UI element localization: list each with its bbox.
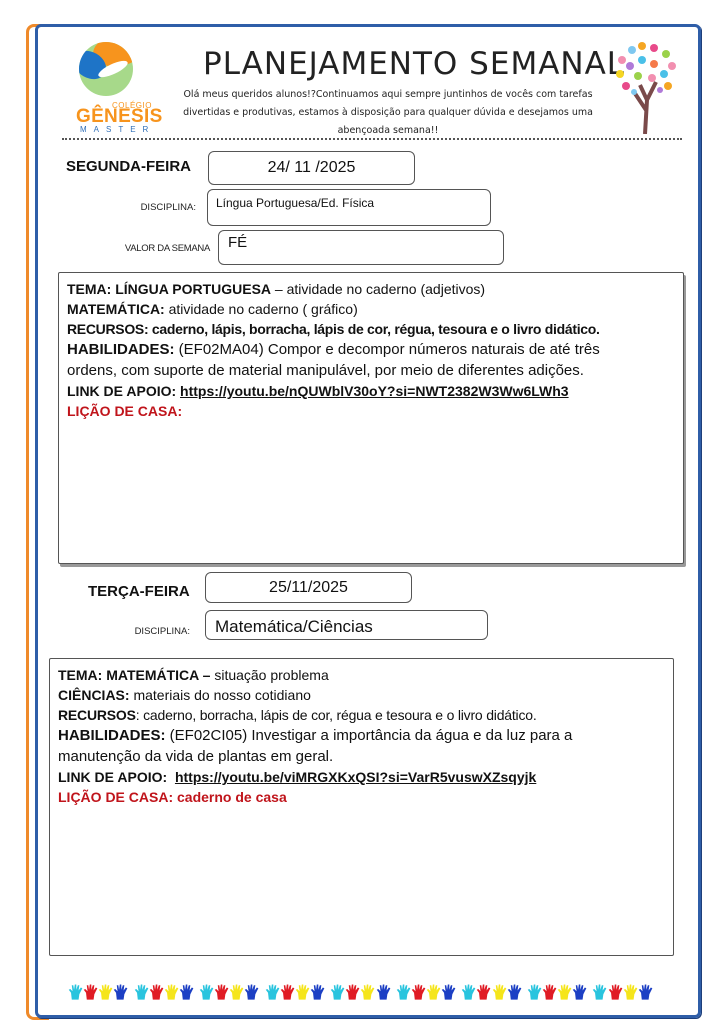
monday-content-box: TEMA: LÍNGUA PORTUGUESA – atividade no c… [58, 272, 684, 564]
tuesday-habilidades: HABILIDADES: (EF02CI05) Investigar a imp… [58, 725, 665, 746]
hand-icon [98, 982, 113, 1002]
tema-text: – atividade no caderno (adjetivos) [271, 281, 485, 297]
hand-icon [199, 982, 214, 1002]
hand-icon [411, 982, 426, 1002]
hand-icon [360, 982, 375, 1002]
hand-icon [592, 982, 607, 1002]
tuesday-date-field[interactable]: 25/11/2025 [205, 572, 412, 603]
link-label: LINK DE APOIO: [67, 383, 176, 399]
hand-icon [542, 982, 557, 1002]
tema-label: TEMA: MATEMÁTICA – [58, 667, 210, 683]
hand-icon [280, 982, 295, 1002]
hands-border-decoration [68, 982, 658, 1004]
matematica-label: MATEMÁTICA: [67, 301, 165, 317]
hand-icon [623, 982, 638, 1002]
school-logo: COLÉGIO GÊNESIS MASTER [76, 42, 154, 132]
tuesday-content-box: TEMA: MATEMÁTICA – situação problema CIÊ… [49, 658, 674, 956]
logo-subtitle: MASTER [80, 125, 155, 134]
hand-icon [638, 982, 653, 1002]
hand-icon [83, 982, 98, 1002]
hand-icon [396, 982, 411, 1002]
tuesday-ciencias: CIÊNCIAS: materiais do nosso cotidiano [58, 685, 665, 705]
monday-habilidades: HABILIDADES: (EF02MA04) Compor e decompo… [67, 339, 675, 360]
hand-icon [244, 982, 259, 1002]
habilidades-label: HABILIDADES: [67, 341, 175, 358]
hand-icon [527, 982, 542, 1002]
recursos-text: : caderno, borracha, lápis de cor, régua… [136, 707, 537, 723]
tuesday-disciplina-label: DISCIPLINA: [114, 626, 190, 637]
monday-recursos: RECURSOS: caderno, lápis, borracha, lápi… [67, 319, 675, 339]
tuesday-licao-de-casa: LIÇÃO DE CASA: caderno de casa [58, 787, 665, 807]
header-divider [62, 138, 682, 140]
intro-line: Olá meus queridos alunos!?Continuamos aq… [178, 86, 598, 104]
monday-matematica: MATEMÁTICA: atividade no caderno ( gráfi… [67, 299, 675, 319]
tuesday-habilidades-cont: manutenção da vida de plantas em geral. [58, 746, 665, 767]
tuesday-day-label: TERÇA-FEIRA [88, 583, 190, 600]
hand-icon [134, 982, 149, 1002]
hand-icon [376, 982, 391, 1002]
hand-icon [461, 982, 476, 1002]
hand-icon [330, 982, 345, 1002]
hand-icon [164, 982, 179, 1002]
hand-icon [345, 982, 360, 1002]
monday-habilidades-cont: ordens, com suporte de material manipulá… [67, 360, 675, 381]
hand-icon [476, 982, 491, 1002]
monday-disciplina-field[interactable]: Língua Portuguesa/Ed. Física [207, 189, 491, 226]
page-title: PLANEJAMENTO SEMANAL [203, 46, 625, 82]
matematica-text: atividade no caderno ( gráfico) [165, 301, 358, 317]
hand-icon [68, 982, 83, 1002]
colorful-tree-icon [612, 40, 678, 134]
hand-icon [229, 982, 244, 1002]
intro-line: divertidas e produtivas, estamos à dispo… [178, 104, 598, 122]
link-label: LINK DE APOIO: [58, 769, 167, 785]
logo-emblem-icon [79, 42, 133, 96]
monday-tema: TEMA: LÍNGUA PORTUGUESA – atividade no c… [67, 279, 675, 299]
tuesday-recursos: RECURSOS: caderno, borracha, lápis de co… [58, 705, 665, 725]
hand-icon [214, 982, 229, 1002]
hand-icon [113, 982, 128, 1002]
monday-licao-de-casa: LIÇÃO DE CASA: [67, 401, 675, 421]
hand-icon [441, 982, 456, 1002]
intro-text: Olá meus queridos alunos!?Continuamos aq… [178, 86, 598, 140]
hand-icon [310, 982, 325, 1002]
tuesday-tema: TEMA: MATEMÁTICA – situação problema [58, 665, 665, 685]
hand-icon [426, 982, 441, 1002]
monday-day-label: SEGUNDA-FEIRA [66, 158, 191, 175]
habilidades-text: (EF02CI05) Investigar a importância da á… [166, 727, 573, 744]
monday-disciplina-label: DISCIPLINA: [120, 202, 196, 213]
hand-icon [295, 982, 310, 1002]
tema-text: situação problema [210, 667, 328, 683]
recursos-label: RECURSOS [58, 707, 136, 723]
habilidades-text: (EF02MA04) Compor e decompor números nat… [175, 341, 600, 358]
ciencias-label: CIÊNCIAS: [58, 687, 130, 703]
tuesday-support-link[interactable]: https://youtu.be/viMRGXKxQSI?si=VarR5vus… [175, 769, 536, 785]
monday-link-row: LINK DE APOIO: https://youtu.be/nQUWblV3… [67, 381, 675, 401]
hand-icon [265, 982, 280, 1002]
monday-date-field[interactable]: 24/ 11 /2025 [208, 151, 415, 185]
tuesday-link-row: LINK DE APOIO: https://youtu.be/viMRGXKx… [58, 767, 665, 787]
habilidades-label: HABILIDADES: [58, 727, 166, 744]
hand-icon [179, 982, 194, 1002]
hand-icon [149, 982, 164, 1002]
tuesday-disciplina-field[interactable]: Matemática/Ciências [205, 610, 488, 640]
tema-label: TEMA: LÍNGUA PORTUGUESA [67, 281, 271, 297]
monday-support-link[interactable]: https://youtu.be/nQUWblV30oY?si=NWT2382W… [180, 383, 569, 399]
hand-icon [608, 982, 623, 1002]
hand-icon [557, 982, 572, 1002]
hand-icon [572, 982, 587, 1002]
monday-valor-label: VALOR DA SEMANA [100, 243, 210, 254]
hand-icon [507, 982, 522, 1002]
monday-valor-field[interactable]: FÉ [218, 230, 504, 265]
ciencias-text: materiais do nosso cotidiano [130, 687, 311, 703]
hand-icon [492, 982, 507, 1002]
